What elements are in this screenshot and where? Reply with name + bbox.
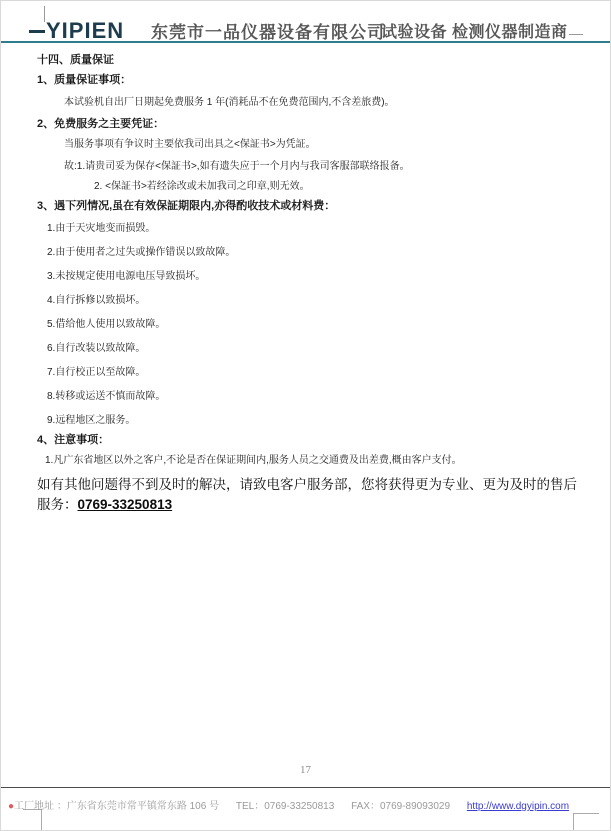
factory-address-text: 工厂地址 ：广东省东莞市常平镇常东路 106 号 — [14, 801, 219, 812]
footer-fax: FAX：0769-89093029 — [351, 801, 450, 812]
crop-mark-top-right — [569, 34, 583, 35]
item-3-line: 5.借给他人使用以致故障。 — [47, 318, 582, 331]
item-3-line: 2.由于使用者之过失或操作错误以致故障。 — [47, 246, 582, 259]
item-3-line: 7.自行校正以至故障。 — [47, 366, 582, 379]
crop-mark-bottom-left — [23, 809, 42, 831]
item-3-line: 8.转移或运送不慎而故障。 — [47, 390, 582, 403]
logo-dash-icon — [29, 30, 45, 33]
item-1-line: 本试验机自出厂日期起免费服务 1 年(消耗品不在免费范围内,不含差旅费)。 — [64, 96, 582, 109]
footer-tel: TEL：0769-33250813 — [236, 801, 334, 812]
closing-paragraph: 如有其他问题得不到及时的解决，请致电客户服务部，您将获得更为专业、更为及时的售后… — [37, 475, 582, 515]
crop-mark-bottom-right — [573, 813, 599, 831]
document-page: YIPIEN 东莞市一品仪器设备有限公司 试验设备 检测仪器制造商 十四、质量保… — [0, 0, 611, 831]
page-number: 17 — [1, 764, 610, 776]
item-3-heading: 3、遇下列情况,虽在有效保証期限内,亦得酌收技术或材料费： — [37, 200, 582, 213]
item-3-line: 1.由于天灾地变而损毁。 — [47, 222, 582, 235]
item-2-line: 故:1.请贵司妥为保存<保証书>,如有遗失应于一个月内与我司客服部联络报备。 — [64, 160, 582, 173]
document-body: 十四、质量保证 1、质量保证事项： 本试验机自出厂日期起免费服务 1 年(消耗品… — [37, 49, 582, 515]
item-4-heading: 4、注意事项： — [37, 434, 582, 447]
factory-address: ●工厂地址 ：广东省东莞市常平镇常东路 106 号 — [8, 801, 219, 812]
item-2-line: 当服务事项有争议时主要依我司出具之<保証书>为凭証。 — [64, 138, 582, 151]
header-rule — [1, 41, 610, 43]
company-slogan: 试验设备 检测仪器制造商 — [381, 19, 567, 42]
item-3-line: 6.自行改装以致故障。 — [47, 342, 582, 355]
item-2-heading: 2、免费服务之主要凭证： — [37, 118, 582, 131]
item-3-line: 4.自行拆修以致损坏。 — [47, 294, 582, 307]
item-3-line: 9.远程地区之服务。 — [47, 414, 582, 427]
crop-mark-top-left — [44, 6, 45, 22]
item-4-line: 1.凡广东省地区以外之客户,不论是否在保证期间内,服务人员之交通费及出差费,概由… — [45, 454, 582, 467]
item-3-line: 3.未按规定使用电源电压导致损坏。 — [47, 270, 582, 283]
item-1-heading: 1、质量保证事项： — [37, 74, 582, 87]
item-2-line: 2. <保証书>若经涂改或未加我司之印章,则无效。 — [94, 180, 582, 193]
section-title: 十四、质量保证 — [37, 49, 582, 67]
website-link[interactable]: http://www.dgyipin.com — [467, 801, 569, 812]
footer-rule — [1, 787, 610, 788]
company-name: 东莞市一品仪器设备有限公司 — [151, 18, 385, 43]
service-phone-number: 0769-33250813 — [78, 497, 173, 512]
footer-contact-line: ●工厂地址 ：广东省东莞市常平镇常东路 106 号 TEL：0769-33250… — [8, 797, 603, 812]
